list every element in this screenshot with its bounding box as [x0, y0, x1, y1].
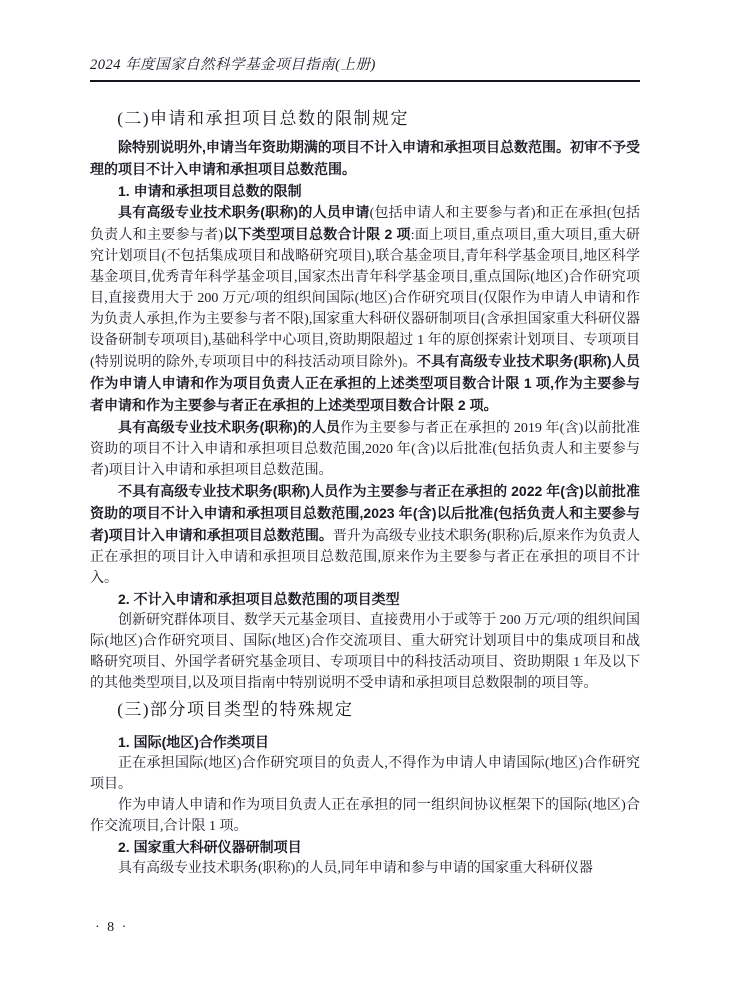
page-header: 2024 年度国家自然科学基金项目指南(上册) [90, 53, 640, 82]
text-run: 除特别说明外,申请当年资助期满的项目不计入申请和承担项目总数范围。初审不予受理的… [90, 139, 640, 177]
text-run: :面上项目,重点项目,重大项目,重大研究计划项目(不包括集成项目和战略研究项目)… [90, 228, 640, 370]
subheading-instrument-project: 2. 国家重大科研仪器研制项目 [90, 837, 640, 858]
paragraph-limit-rules: 具有高级专业技术职务(职称)的人员申请(包括申请人和主要参与者)和正在承担(包括… [90, 202, 640, 417]
paragraph-instrument: 具有高级专业技术职务(职称)的人员,同年申请和参与申请的国家重大科研仪器 [90, 858, 640, 879]
paragraph-intl-research: 正在承担国际(地区)合作研究项目的负责人,不得作为申请人申请国际(地区)合作研究… [90, 753, 640, 795]
running-title: 2024 年度国家自然科学基金项目指南(上册) [90, 57, 376, 73]
paragraph-excluded-types: 创新研究群体项目、数学天元基金项目、直接费用小于或等于 200 万元/项的组织间… [90, 610, 640, 694]
section-heading-3: (三)部分项目类型的特殊规定 [90, 698, 640, 722]
text-run: 创新研究群体项目、数学天元基金项目、直接费用小于或等于 200 万元/项的组织间… [90, 613, 640, 691]
paragraph-intl-exchange: 作为申请人申请和作为项目负责人正在承担的同一组织间协议框架下的国际(地区)合作交… [90, 795, 640, 837]
paragraph-nonsenior-2022: 不具有高级专业技术职务(职称)人员作为主要参与者正在承担的 2022 年(含)以… [90, 481, 640, 589]
paragraph-senior-2019: 具有高级专业技术职务(职称)的人员作为主要参与者正在承担的 2019 年(含)以… [90, 417, 640, 481]
text-run: 作为申请人申请和作为项目负责人正在承担的同一组织间协议框架下的国际(地区)合作交… [90, 798, 640, 834]
text-run: 具有高级专业技术职务(职称)的人员申请 [118, 204, 370, 220]
subheading-total-limit: 1. 申请和承担项目总数的限制 [90, 181, 640, 202]
paragraph-intro: 除特别说明外,申请当年资助期满的项目不计入申请和承担项目总数范围。初审不予受理的… [90, 137, 640, 181]
subheading-excluded-types: 2. 不计入申请和承担项目总数范围的项目类型 [90, 589, 640, 610]
page-number: · 8 · [95, 920, 128, 936]
text-run: 以下类型项目总数合计限 2 项 [223, 226, 411, 242]
section-heading-2: (二)申请和承担项目总数的限制规定 [90, 107, 640, 131]
text-run: 具有高级专业技术职务(职称)的人员,同年申请和参与申请的国家重大科研仪器 [118, 861, 593, 876]
subheading-intl-cooperation: 1. 国际(地区)合作类项目 [90, 732, 640, 753]
document-page: 2024 年度国家自然科学基金项目指南(上册) (二)申请和承担项目总数的限制规… [0, 0, 729, 1005]
text-run: 正在承担国际(地区)合作研究项目的负责人,不得作为申请人申请国际(地区)合作研究… [90, 756, 640, 792]
text-run: 具有高级专业技术职务(职称)的人员 [118, 419, 340, 435]
document-body: (二)申请和承担项目总数的限制规定 除特别说明外,申请当年资助期满的项目不计入申… [90, 103, 640, 879]
